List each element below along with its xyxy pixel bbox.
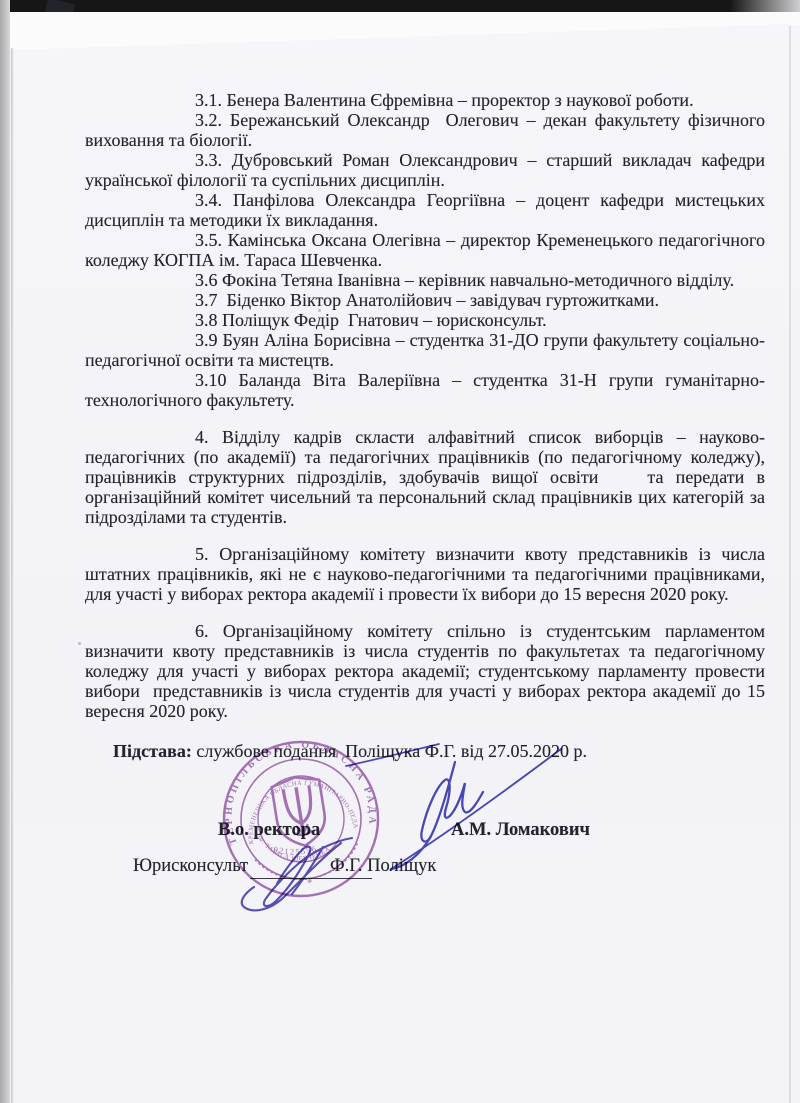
list-item-3-4: 3.4. Панфілова Олександра Георгіївна – д… — [85, 190, 765, 230]
section-6: 6. Організаційному комітету спільно із с… — [85, 621, 765, 721]
list-item-3-1: 3.1. Бенера Валентина Єфремівна – прорек… — [85, 90, 765, 110]
list-item-3-2: 3.2. Бережанський Олександр Олегович – д… — [85, 110, 765, 150]
document-body: 3.1. Бенера Валентина Єфремівна – прорек… — [85, 90, 765, 779]
paper-right-edge — [789, 26, 791, 1103]
list-item-3-7: 3.7 Біденко Віктор Анатолійович – завіду… — [85, 290, 765, 310]
scan-top-bar-fade — [730, 0, 800, 12]
list-item-3-3: 3.3. Дубровський Роман Олександрович – с… — [85, 150, 765, 190]
list-item-3-6: 3.6 Фокіна Тетяна Іванівна – керівник на… — [85, 270, 765, 290]
stamp-star: * — [306, 877, 313, 890]
section-4: 4. Відділу кадрів скласти алфавітний спи… — [85, 427, 765, 527]
list-item-3-10: 3.10 Баланда Віта Валеріївна – студентка… — [85, 370, 765, 410]
rector-name: А.М. Ломакович — [451, 820, 590, 841]
scanned-document: 3.1. Бенера Валентина Єфремівна – прорек… — [0, 0, 800, 1103]
section-5: 5. Організаційному комітету визначити кв… — [85, 544, 765, 604]
paper-left-edge-shadow — [11, 48, 14, 1103]
list-item-3-5: 3.5. Камінська Оксана Олегівна – директо… — [85, 230, 765, 270]
basis-line: Підстава: службове подання Поліщука Ф.Г.… — [85, 741, 765, 761]
official-round-stamp: ТЕРНОПІЛЬСЬКА ОБЛАСНА РАДА КРЕМЕНЕЦЬКА О… — [219, 737, 383, 901]
dust-speck — [78, 642, 81, 645]
basis-label: Підстава: — [113, 741, 192, 761]
scan-left-edge — [0, 0, 10, 1103]
list-item-3-8: 3.8 Поліщук Федір Гнатович – юрисконсуль… — [85, 310, 765, 330]
list-item-3-9: 3.9 Буян Аліна Борисівна – студентка 31-… — [85, 330, 765, 370]
scan-top-bar — [0, 0, 730, 12]
